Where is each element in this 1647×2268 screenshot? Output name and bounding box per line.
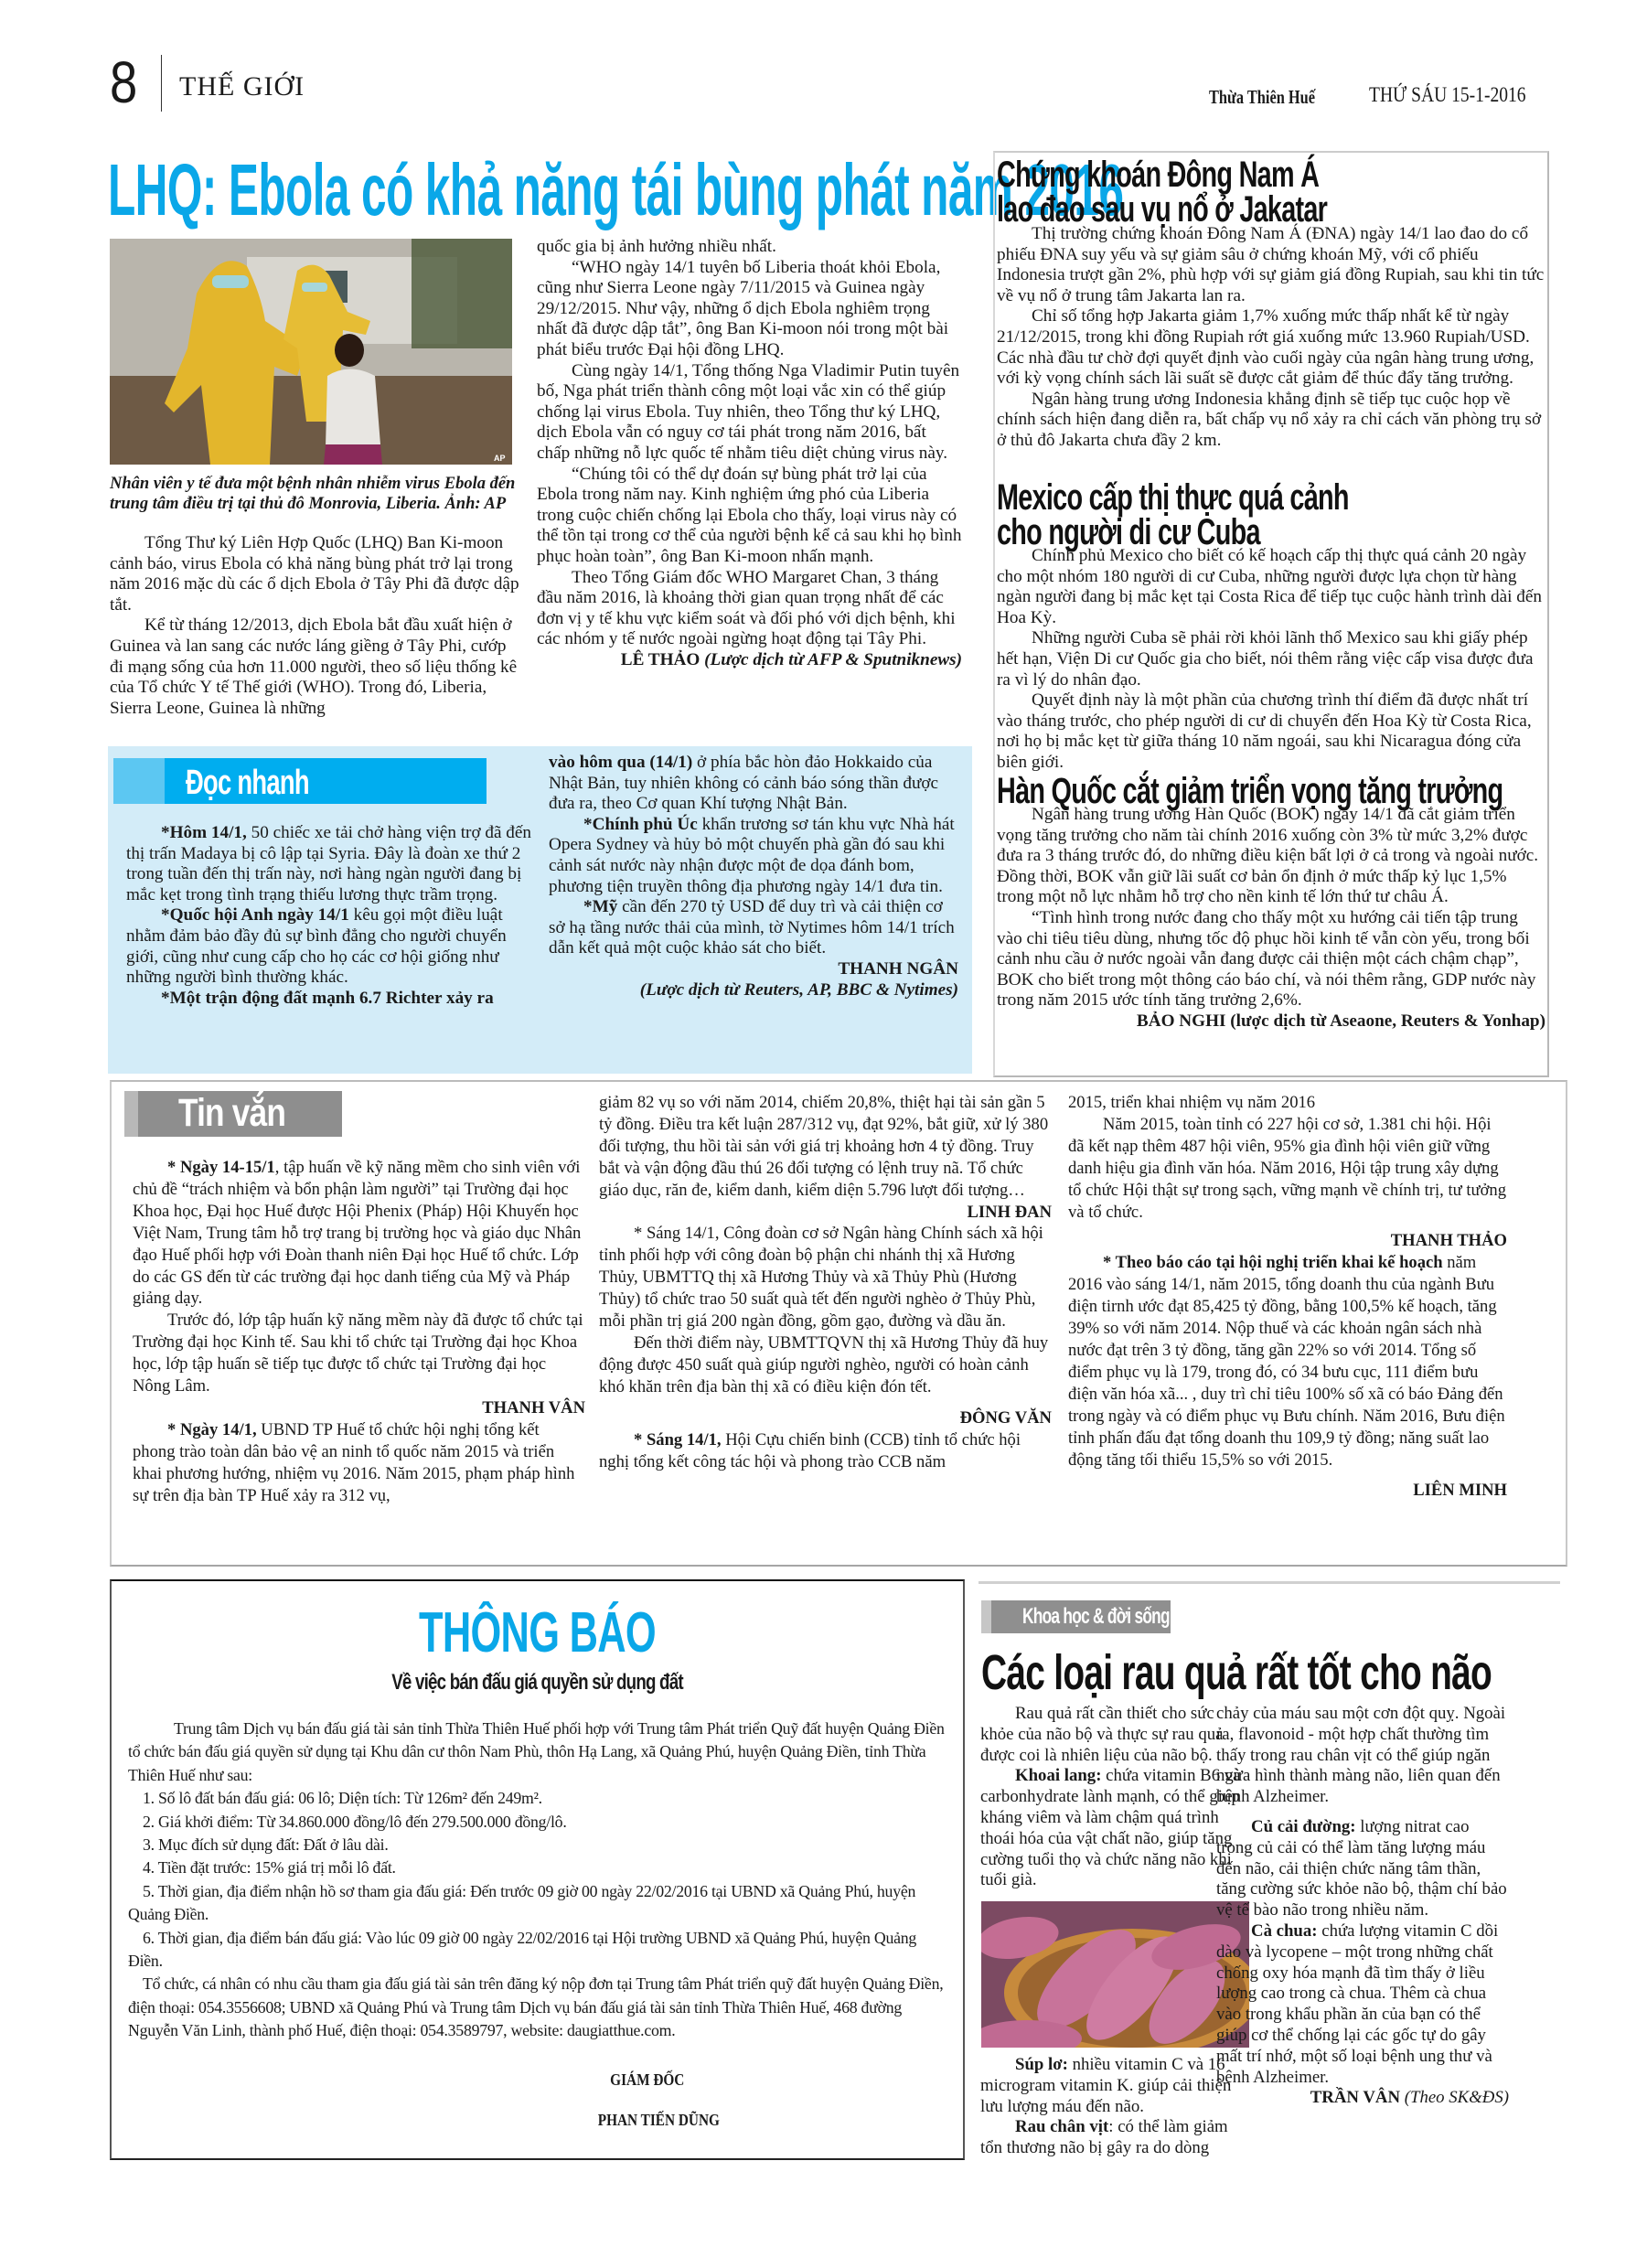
paragraph: Cà chua: chứa lượng vitamin C dồi dào và… bbox=[1216, 1921, 1509, 2088]
science-column-2: chảy của máu sau một cơn đột quỵ. Ngoài … bbox=[1216, 1704, 1509, 2109]
source-credit: (Theo SK&ĐS) bbox=[1405, 2088, 1509, 2107]
author-name: LINH ĐAN bbox=[599, 1202, 1052, 1224]
notice-item: 6. Thời gian, địa điểm bán đấu giá: Vào … bbox=[128, 1927, 951, 1974]
brief-title: Hàn Quốc cắt giảm triển vọng tăng trưởng bbox=[997, 774, 1503, 808]
paragraph: Theo Tổng Giám đốc WHO Margaret Chan, 3 … bbox=[537, 568, 962, 650]
paragraph: Ngân hàng trung ương Indonesia khẳng địn… bbox=[997, 390, 1545, 452]
brief-title: Chứng khoán Đông Nam Á lao đao sau vụ nổ… bbox=[997, 157, 1327, 227]
paragraph: Rau quả rất cần thiết cho sức khỏe của n… bbox=[980, 1704, 1250, 1766]
news-item: Năm 2015, toàn tỉnh có 227 hội cơ sở, 1.… bbox=[1068, 1114, 1507, 1224]
quick-read-item: *Quốc hội Anh ngày 14/1 kêu gọi một điều… bbox=[126, 905, 533, 988]
notice-item: 2. Giá khởi điểm: Từ 34.860.000 đồng/lô … bbox=[128, 1811, 951, 1834]
science-top-rule bbox=[979, 1581, 1560, 1584]
notice-item: 3. Mục đích sử dụng đất: Đất ở lâu dài. bbox=[128, 1834, 951, 1856]
main-article-column-2: quốc gia bị ảnh hưởng nhiều nhất. “WHO n… bbox=[537, 237, 962, 670]
signer-title: GIÁM ĐỐC bbox=[610, 2070, 684, 2090]
notice-closing: Tổ chức, cá nhân có nhu cầu tham gia đấu… bbox=[128, 1973, 951, 2042]
issue-date: THỨ SÁU 15-1-2016 bbox=[1369, 83, 1526, 107]
quick-read-item: *Mỹ cần đến 270 tỷ USD để duy trì và cải… bbox=[549, 897, 958, 959]
short-news-column-2: giảm 82 vụ so với năm 2014, chiếm 20,8%,… bbox=[599, 1092, 1052, 1472]
notice-body: Trung tâm Dịch vụ bán đấu giá tài sản tỉ… bbox=[128, 1717, 951, 2043]
author-name: ĐÔNG VĂN bbox=[599, 1407, 1052, 1429]
quick-read-tab-accent bbox=[113, 758, 165, 804]
paragraph: “Tình hình trong nước đang cho thấy một … bbox=[997, 908, 1545, 1011]
science-column-1: Rau quả rất cần thiết cho sức khỏe của n… bbox=[980, 1704, 1250, 1891]
quick-read-item-cont: vào hôm qua (14/1) ở phía bắc hòn đảo Ho… bbox=[549, 753, 958, 815]
paragraph: Rau chân vịt: có thể làm giảm tổn thương… bbox=[980, 2117, 1251, 2159]
signer-name: PHAN TIẾN DŨNG bbox=[598, 2111, 720, 2130]
source-credit: (Lược dịch từ AFP & Sputniknews) bbox=[704, 650, 962, 669]
short-news-column-3: 2015, triển khai nhiệm vụ năm 2016 Năm 2… bbox=[1068, 1092, 1507, 1502]
paragraph: Những người Cuba sẽ phải rời khỏi lãnh t… bbox=[997, 628, 1545, 690]
byline: BẢO NGHI (lược dịch từ Aseaone, Reuters … bbox=[997, 1011, 1545, 1032]
notice-item: 1. Số lô đất bán đấu giá: 06 lô; Diện tí… bbox=[128, 1787, 951, 1810]
author-name: LIÊN MINH bbox=[1068, 1480, 1507, 1502]
news-item: Đến thời điểm này, UBMTTQVN thị xã Hương… bbox=[599, 1332, 1052, 1398]
paragraph: Chỉ số tổng hợp Jakarta giảm 1,7% xuống … bbox=[997, 306, 1545, 389]
author-name: THANH THẢO bbox=[1068, 1230, 1507, 1252]
brief-body: Ngân hàng trung ương Hàn Quốc (BOK) ngày… bbox=[997, 805, 1545, 1032]
paragraph: Quyết định này là một phần của chương tr… bbox=[997, 690, 1545, 773]
news-item: Trước đó, lớp tập huấn kỹ năng mềm này đ… bbox=[133, 1310, 585, 1397]
newspaper-name: Thừa Thiên Huế bbox=[1209, 86, 1315, 109]
author-name: LÊ THẢO bbox=[621, 650, 701, 669]
notice-subtitle: Về việc bán đấu giá quyền sử dụng đất bbox=[204, 1671, 871, 1695]
science-title: Các loại rau quả rất tốt cho não bbox=[981, 1648, 1492, 1697]
paragraph: Ngân hàng trung ương Hàn Quốc (BOK) ngày… bbox=[997, 805, 1545, 908]
paragraph: Thị trường chứng khoán Đông Nam Á (ĐNA) … bbox=[997, 224, 1545, 306]
news-item: * Sáng 14/1, Hội Cựu chiến binh (CCB) tỉ… bbox=[599, 1429, 1052, 1473]
brief-body: Chính phủ Mexico cho biết có kế hoạch cấ… bbox=[997, 546, 1545, 774]
header-divider bbox=[161, 55, 162, 112]
ebola-photo-illustration: AP bbox=[110, 239, 512, 465]
paragraph: chảy của máu sau một cơn đột quỵ. Ngoài … bbox=[1216, 1704, 1509, 1808]
paragraph: “WHO ngày 14/1 tuyên bố Liberia thoát kh… bbox=[537, 258, 962, 361]
news-item: 2015, triển khai nhiệm vụ năm 2016 bbox=[1068, 1092, 1507, 1114]
short-news-column-1: * Ngày 14-15/1, tập huấn về kỹ năng mềm … bbox=[133, 1157, 585, 1507]
paragraph: Kể từ tháng 12/2013, dịch Ebola bắt đầu … bbox=[110, 615, 519, 719]
news-item: giảm 82 vụ so với năm 2014, chiếm 20,8%,… bbox=[599, 1092, 1052, 1202]
quick-read-label: Đọc nhanh bbox=[186, 765, 309, 800]
news-item: * Theo báo cáo tại hội nghị triển khai k… bbox=[1068, 1252, 1507, 1471]
quick-read-item: *Hôm 14/1, 50 chiếc xe tải chở hàng viện… bbox=[126, 823, 533, 905]
photo-credit: AP bbox=[494, 454, 506, 463]
short-news-tab-accent bbox=[124, 1091, 138, 1137]
paragraph: Cùng ngày 14/1, Tổng thống Nga Vladimir … bbox=[537, 361, 962, 465]
paragraph: Tổng Thư ký Liên Hợp Quốc (LHQ) Ban Ki-m… bbox=[110, 533, 519, 615]
page-number: 8 bbox=[110, 53, 137, 112]
paragraph: Chính phủ Mexico cho biết có kế hoạch cấ… bbox=[997, 546, 1545, 628]
paragraph: Khoai lang: chứa vitamin B6 và carbonhyd… bbox=[980, 1766, 1250, 1891]
paragraph: Súp lơ: nhiều vitamin C và 16 microgram … bbox=[980, 2055, 1251, 2117]
quick-read-item: *Chính phủ Úc khẩn trương sơ tán khu vực… bbox=[549, 815, 958, 897]
byline: LÊ THẢO (Lược dịch từ AFP & Sputniknews) bbox=[537, 650, 962, 671]
paragraph: quốc gia bị ảnh hưởng nhiều nhất. bbox=[537, 237, 962, 258]
sweet-potato-illustration bbox=[981, 1901, 1249, 2048]
ebola-photo-caption: Nhân viên y tế đưa một bệnh nhân nhiễm v… bbox=[110, 474, 521, 514]
paragraph: Củ cải đường: lượng nitrat cao trong củ … bbox=[1216, 1817, 1509, 1921]
science-column-1b: Súp lơ: nhiều vitamin C và 16 microgram … bbox=[980, 2055, 1251, 2159]
science-tab-accent bbox=[981, 1600, 991, 1633]
main-article-title: LHQ: Ebola có khả năng tái bùng phát năm… bbox=[108, 154, 1123, 227]
source-credit: (Lược dịch từ Reuters, AP, BBC & Nytimes… bbox=[549, 980, 958, 1001]
notice-title: THÔNG BÁO bbox=[161, 1605, 914, 1662]
news-item: * Ngày 14-15/1, tập huấn về kỹ năng mềm … bbox=[133, 1157, 585, 1310]
notice-item: 4. Tiền đặt trước: 15% giá trị mỗi lô đấ… bbox=[128, 1856, 951, 1879]
news-item: * Sáng 14/1, Công đoàn cơ sở Ngân hàng C… bbox=[599, 1223, 1052, 1332]
notice-intro: Trung tâm Dịch vụ bán đấu giá tài sản tỉ… bbox=[128, 1717, 951, 1787]
author-name: THANH VÂN bbox=[133, 1397, 585, 1419]
byline: TRẦN VÂN (Theo SK&ĐS) bbox=[1216, 2088, 1509, 2109]
notice-item: 5. Thời gian, địa điểm nhận hồ sơ tham g… bbox=[128, 1880, 951, 1927]
quick-read-column-2: vào hôm qua (14/1) ở phía bắc hòn đảo Ho… bbox=[549, 753, 958, 1000]
main-article-column-1: Tổng Thư ký Liên Hợp Quốc (LHQ) Ban Ki-m… bbox=[110, 533, 519, 719]
news-item: * Ngày 14/1, UBND TP Huế tổ chức hội ngh… bbox=[133, 1419, 585, 1507]
author-name: TRẦN VÂN bbox=[1310, 2088, 1400, 2107]
quick-read-item: *Một trận động đất mạnh 6.7 Richter xảy … bbox=[126, 989, 533, 1010]
section-name: THẾ GIỚI bbox=[179, 71, 305, 102]
sweet-potato-photo bbox=[981, 1901, 1249, 2048]
brief-title: Mexico cấp thị thực quá cảnh cho người d… bbox=[997, 480, 1349, 550]
brief-body: Thị trường chứng khoán Đông Nam Á (ĐNA) … bbox=[997, 224, 1545, 452]
ebola-photo: AP bbox=[110, 239, 512, 465]
paragraph: “Chúng tôi có thể dự đoán sự bùng phát t… bbox=[537, 465, 962, 568]
quick-read-column-1: *Hôm 14/1, 50 chiếc xe tải chở hàng viện… bbox=[126, 823, 533, 1009]
short-news-label: Tin vắn bbox=[178, 1094, 285, 1133]
author-name: THANH NGÂN bbox=[549, 959, 958, 980]
science-label: Khoa học & đời sống bbox=[1022, 1606, 1170, 1628]
